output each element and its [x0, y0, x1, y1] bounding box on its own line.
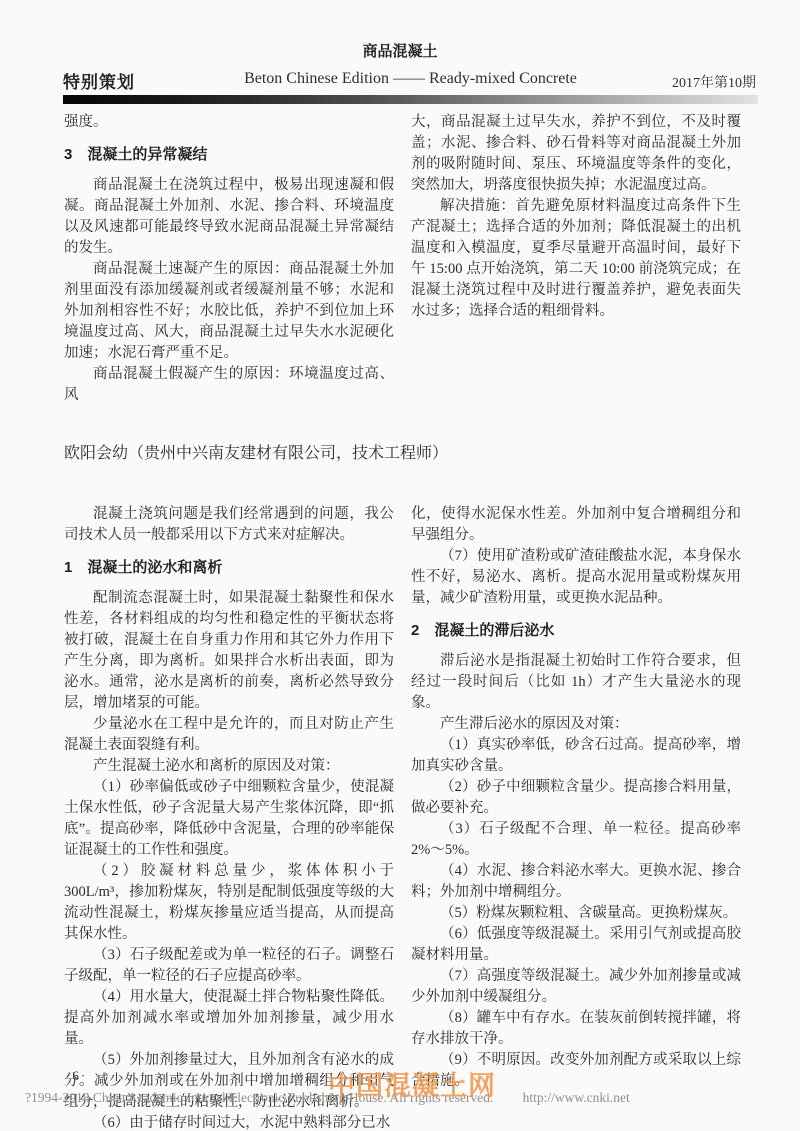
list-item-paragraph: （2）砂子中细颗粒含量少。提高掺合料用量，做必要补充。	[411, 777, 741, 819]
list-item-paragraph: （3）石子级配不合理、单一粒径。提高砂率 2%～5%。	[411, 819, 741, 861]
section-heading-3: 3 混凝土的异常凝结	[64, 144, 394, 165]
paragraph-continuation: 大，商品混凝土过早失水，养护不到位，不及时覆盖；水泥、掺合料、砂石骨料等对商品混…	[411, 112, 741, 196]
list-item-paragraph: （5）粉煤灰颗粒粗、含碳量高。更换粉煤灰。	[411, 903, 741, 924]
list-item-paragraph: （6）由于储存时间过大，水泥中熟料部分已水	[64, 1113, 394, 1131]
article1-left-column: 强度。 3 混凝土的异常凝结 商品混凝土在浇筑过程中，极易出现速凝和假凝。商品混…	[64, 112, 394, 406]
header-gradient-bar	[63, 95, 758, 104]
edition-line: Beton Chinese Edition —— Ready-mixed Con…	[63, 70, 758, 88]
article2-left-column: 混凝土浇筑问题是我们经常遇到的问题，我公司技术人员一般都采用以下方式来对症解决。…	[64, 504, 394, 1131]
list-item-paragraph: （7）使用矿渣粉或矿渣硅酸盐水泥，本身保水性不好，易泌水、离析。提高水泥用量或粉…	[411, 546, 741, 609]
paragraph: 配制流态混凝土时，如果混凝土黏聚性和保水性差，各材料组成的均匀性和稳定性的平衡状…	[64, 588, 394, 714]
page-number: ·6·	[66, 1068, 87, 1084]
list-item-paragraph: （1）真实砂率低，砂含石过高。提高砂率，增加真实砂含量。	[411, 735, 741, 777]
section-heading-1: 1 混凝土的泌水和离析	[64, 557, 394, 578]
list-item-paragraph: （4）水泥、掺合料泌水率大。更换水泥、掺合料；外加剂中增稠组分。	[411, 861, 741, 903]
article1-right-column: 大，商品混凝土过早失水，养护不到位，不及时覆盖；水泥、掺合料、砂石骨料等对商品混…	[411, 112, 741, 322]
list-item-paragraph: （7）高强度等级混凝土。减少外加剂掺量或减少外加剂中缓凝组分。	[411, 966, 741, 1008]
paragraph-continuation: 化，使得水泥保水性差。外加剂中复合增稠组分和早强组分。	[411, 504, 741, 546]
watermark-text: 中国混凝土网	[328, 1064, 496, 1103]
issue-label: 2017年第10期	[672, 72, 756, 92]
journal-title: 商品混凝土	[0, 40, 800, 61]
cnki-url-link[interactable]: http://www.cnki.net	[523, 1090, 630, 1105]
paragraph: 解决措施：首先避免原材料温度过高条件下生产混凝土；选择合适的外加剂；降低混凝土的…	[411, 196, 741, 322]
paragraph: 产生滞后泌水的原因及对策：	[411, 714, 741, 735]
article2-right-column: 化，使得水泥保水性差。外加剂中复合增稠组分和早强组分。 （7）使用矿渣粉或矿渣硅…	[411, 504, 741, 1092]
list-item-paragraph: （8）罐车中有存水。在装灰前倒转搅拌罐，将存水排放干净。	[411, 1008, 741, 1050]
paragraph: 商品混凝土速凝产生的原因：商品混凝土外加剂里面没有添加缓凝剂或者缓凝剂量不够；水…	[64, 259, 394, 364]
paragraph: 商品混凝土在浇筑过程中，极易出现速凝和假凝。商品混凝土外加剂、水泥、掺合料、环境…	[64, 175, 394, 259]
paragraph: 产生混凝土泌水和离析的原因及对策：	[64, 756, 394, 777]
paragraph-continuation: 强度。	[64, 112, 394, 133]
list-item-paragraph: （6）低强度等级混凝土。采用引气剂或提高胶凝材料用量。	[411, 924, 741, 966]
paragraph: 混凝土浇筑问题是我们经常遇到的问题，我公司技术人员一般都采用以下方式来对症解决。	[64, 504, 394, 546]
author-line: 欧阳会幼（贵州中兴南友建材有限公司，技术工程师）	[64, 440, 664, 463]
paragraph: 商品混凝土假凝产生的原因：环境温度过高、风	[64, 364, 394, 406]
list-item-paragraph: （1）砂率偏低或砂子中细颗粒含量少，使混凝土保水性低，砂子含泥量大易产生浆体沉降…	[64, 777, 394, 861]
paragraph: 滞后泌水是指混凝土初始时工作符合要求，但经过一段时间后（比如 1h）才产生大量泌…	[411, 651, 741, 714]
list-item-paragraph: （3）石子级配差或为单一粒径的石子。调整石子级配，单一粒径的石子应提高砂率。	[64, 945, 394, 987]
journal-page: 商品混凝土 特别策划 Beton Chinese Edition —— Read…	[0, 0, 800, 1131]
section-heading-2: 2 混凝土的滞后泌水	[411, 620, 741, 641]
paragraph: 少量泌水在工程中是允许的，而且对防止产生混凝土表面裂缝有利。	[64, 714, 394, 756]
page-header: 特别策划 Beton Chinese Edition —— Ready-mixe…	[63, 66, 758, 92]
list-item-paragraph: （4）用水量大，使混凝土拌合物粘聚性降低。提高外加剂减水率或增加外加剂掺量，减少…	[64, 987, 394, 1050]
list-item-paragraph: （2）胶凝材料总量少，浆体体积小于 300L/m³，掺加粉煤灰，特别是配制低强度…	[64, 861, 394, 945]
